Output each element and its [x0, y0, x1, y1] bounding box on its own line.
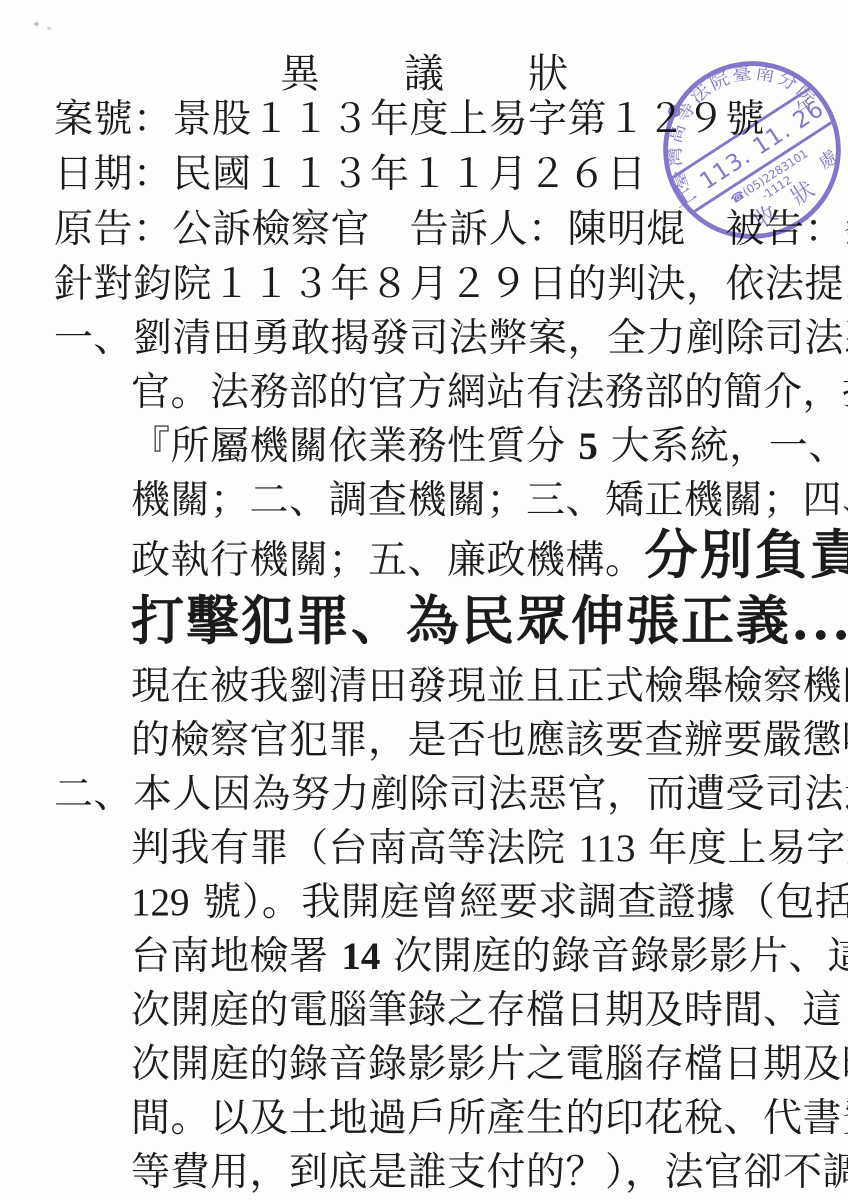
section1-line2: 官。法務部的官方網站有法務部的簡介，提到: [54, 366, 848, 420]
section2-line4: 台南地檢署 14 次開庭的錄音錄影影片、這 14: [54, 930, 848, 984]
section2-line8: 等費用，到底是誰支付的？），法官卻不調: [54, 1146, 848, 1200]
section2-line5: 次開庭的電腦筆錄之存檔日期及時間、這 14: [54, 984, 848, 1038]
section1-line7: 現在被我劉清田發現並且正式檢舉檢察機關內: [54, 660, 848, 714]
scan-artifact-speck: [34, 22, 39, 26]
bold-number: 14: [341, 935, 380, 978]
court-received-stamp: 臺灣高等法院臺南分院 上113. 11. 26 午 ☎(05)2283101 -…: [656, 54, 848, 246]
intro-line: 針對鈞院１１３年８月２９日的判決，依法提出異議：: [54, 257, 848, 312]
scan-artifact-speck: [47, 27, 51, 30]
emphasized-text: 分別負責: [645, 524, 848, 586]
section1-line4: 機關；二、調查機關；三、矯正機關；四、行: [54, 474, 848, 528]
case-year-number: 113: [578, 827, 635, 870]
section1-line6: 打擊犯罪、為民眾伸張正義...』。: [54, 588, 848, 660]
document-body: 案號：景股１１３年度上易字第１２９號 日期：民國１１３年１１月２６日 原告：公訴…: [54, 92, 848, 1200]
section2-line7: 間。以及土地過戶所產生的印花稅、代書費...: [54, 1092, 848, 1146]
section1-line5: 政執行機關；五、廉政機構。分別負責: [54, 528, 848, 588]
section2-line3: 129 號）。我開庭曾經要求調查證據（包括：: [54, 876, 848, 930]
section1-line3: 『所屬機關依業務性質分 5 大系統，一、檢察: [54, 420, 848, 474]
bold-number: 5: [578, 425, 598, 468]
scanned-legal-document: 異 議 狀 案號：景股１１３年度上易字第１２９號 日期：民國１１３年１１月２６日…: [0, 0, 848, 1200]
section1-line1: 一、劉清田勇敢揭發司法弊案，全力剷除司法惡: [54, 312, 848, 366]
section2-line6: 次開庭的錄音錄影影片之電腦存檔日期及時: [54, 1038, 848, 1092]
section1-line8: 的檢察官犯罪，是否也應該要查辦要嚴懲呢？: [54, 714, 848, 768]
section2-line1: 二、本人因為努力剷除司法惡官，而遭受司法迫害: [54, 768, 848, 822]
section2-line2: 判我有罪（台南高等法院 113 年度上易字第: [54, 822, 848, 876]
case-serial-number: 129: [131, 881, 190, 924]
emphasized-text: 打擊犯罪、為民眾伸張正義...: [131, 590, 848, 652]
